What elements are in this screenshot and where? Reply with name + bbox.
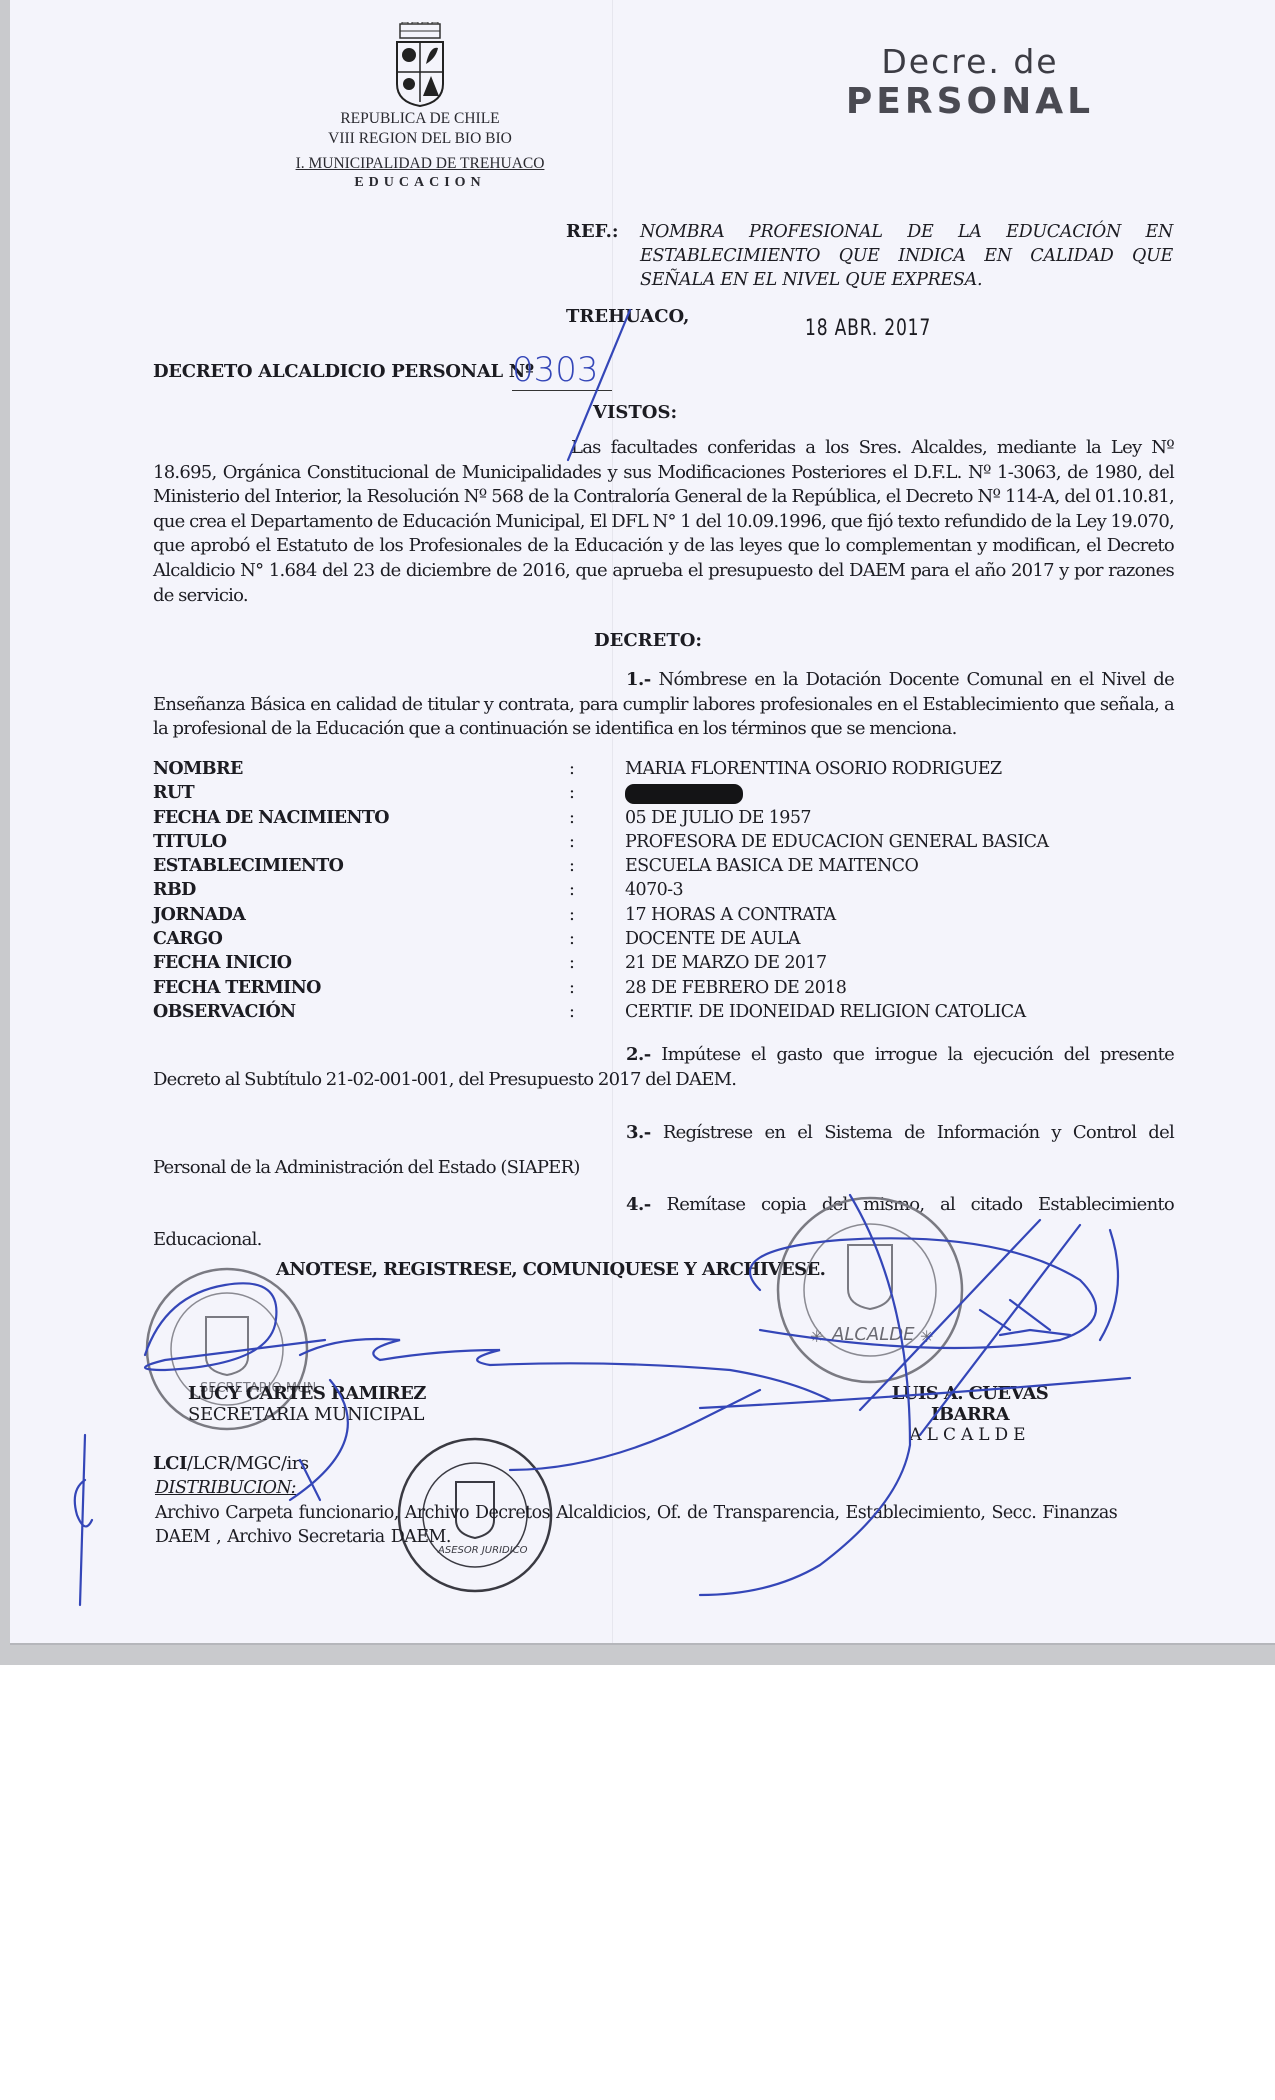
initials-rest: /LCR/MGC/irs — [187, 1453, 309, 1474]
ref-text: NOMBRA PROFESIONAL DE LA EDUCACIÓN EN ES… — [640, 220, 1173, 292]
field-separator: : — [569, 951, 625, 975]
field-label: FECHA TERMINO — [153, 976, 569, 1000]
vistos-title: VISTOS: — [593, 402, 677, 423]
field-label: FECHA DE NACIMIENTO — [153, 806, 569, 830]
vistos-text: Las facultades conferidas a los Sres. Al… — [153, 437, 1174, 606]
field-row: RUT: — [153, 781, 1105, 805]
field-separator: : — [569, 903, 625, 927]
initials-bold: LCI — [153, 1453, 187, 1474]
item-text: Regístrese en el Sistema de Información … — [153, 1122, 1174, 1178]
field-separator: : — [569, 854, 625, 878]
closing-formula: ANOTESE, REGISTRESE, COMUNIQUESE Y ARCHI… — [276, 1259, 825, 1280]
field-separator: : — [569, 927, 625, 951]
field-row: FECHA INICIO:21 DE MARZO DE 2017 — [153, 951, 1105, 975]
item-number: 2.- — [626, 1044, 651, 1065]
item-number: 1.- — [626, 669, 651, 690]
coat-of-arms-icon — [392, 22, 448, 108]
mayor-seal-icon: ALCALDE ✳ ✳ — [770, 1190, 970, 1390]
distribution-list: Archivo Carpeta funcionario, Archivo Dec… — [155, 1502, 1175, 1549]
field-value: PROFESORA DE EDUCACION GENERAL BASICA — [625, 830, 1105, 854]
field-label: NOMBRE — [153, 757, 569, 781]
svg-text:✳: ✳ — [810, 1329, 823, 1346]
field-label: CARGO — [153, 927, 569, 951]
secretary-signature-block: LUCY CARTES RAMIREZ SECRETARIA MUNICIPAL — [188, 1383, 426, 1425]
field-separator: : — [569, 1000, 625, 1024]
field-row: JORNADA:17 HORAS A CONTRATA — [153, 903, 1105, 927]
decreto-item-1: 1.- Nómbrese en la Dotación Docente Comu… — [153, 668, 1174, 742]
field-label: RBD — [153, 878, 569, 902]
field-row: RBD:4070-3 — [153, 878, 1105, 902]
field-separator: : — [569, 878, 625, 902]
mayor-role: ALCALDE — [870, 1425, 1070, 1445]
field-value: 28 DE FEBRERO DE 2018 — [625, 976, 1105, 1000]
field-row: CARGO: DOCENTE DE AULA — [153, 927, 1105, 951]
svg-text:ALCALDE: ALCALDE — [831, 1324, 915, 1345]
personal-stamp: Decre. de PERSONAL — [840, 42, 1100, 122]
place: TREHUACO, — [566, 306, 689, 327]
decreto-item-2: 2.- Impútese el gasto que irrogue la eje… — [153, 1043, 1174, 1092]
item-text: Remítase copia del mismo, al citado Esta… — [153, 1194, 1174, 1250]
initials: LCI/LCR/MGC/irs — [153, 1453, 309, 1474]
header-department: EDUCACION — [250, 175, 590, 191]
header-region: VIII REGION DEL BIO BIO — [250, 130, 590, 148]
redacted-value — [625, 784, 743, 804]
stamp-line-1: Decre. de — [840, 42, 1100, 81]
field-separator: : — [569, 976, 625, 1000]
field-value: CERTIF. DE IDONEIDAD RELIGION CATOLICA — [625, 1000, 1105, 1024]
field-label: OBSERVACIÓN — [153, 1000, 569, 1024]
item-number: 4.- — [626, 1194, 651, 1215]
field-value: 21 DE MARZO DE 2017 — [625, 951, 1105, 975]
item-number: 3.- — [626, 1122, 651, 1143]
field-label: TITULO — [153, 830, 569, 854]
field-row: ESTABLECIMIENTO:ESCUELA BASICA DE MAITEN… — [153, 854, 1105, 878]
decree-number-label: DECRETO ALCALDICIO PERSONAL Nº — [153, 361, 534, 382]
decree-number: 0303 — [512, 350, 612, 391]
date-stamp: 18 ABR. 2017 — [805, 316, 931, 341]
field-value: MARIA FLORENTINA OSORIO RODRIGUEZ — [625, 757, 1105, 781]
distribution-title: DISTRIBUCION: — [155, 1478, 296, 1498]
field-label: FECHA INICIO — [153, 951, 569, 975]
field-row: NOMBRE:MARIA FLORENTINA OSORIO RODRIGUEZ — [153, 757, 1105, 781]
stamp-line-2: PERSONAL — [840, 81, 1100, 122]
field-separator: : — [569, 830, 625, 854]
field-label: JORNADA — [153, 903, 569, 927]
field-value: ESCUELA BASICA DE MAITENCO — [625, 854, 1105, 878]
ref-label: REF.: — [566, 221, 619, 242]
field-row: OBSERVACIÓN:CERTIF. DE IDONEIDAD RELIGIO… — [153, 1000, 1105, 1024]
vistos-paragraph: Las facultades conferidas a los Sres. Al… — [153, 436, 1174, 608]
field-value: DOCENTE DE AULA — [625, 927, 1105, 951]
field-row: FECHA TERMINO:28 DE FEBRERO DE 2018 — [153, 976, 1105, 1000]
field-value: 05 DE JULIO DE 1957 — [625, 806, 1105, 830]
item-text: Impútese el gasto que irrogue la ejecuci… — [153, 1044, 1174, 1090]
field-separator: : — [569, 757, 625, 781]
field-value: 17 HORAS A CONTRATA — [625, 903, 1105, 927]
header-country: REPUBLICA DE CHILE — [250, 110, 590, 128]
decreto-title: DECRETO: — [594, 630, 702, 651]
decreto-item-3: 3.- Regístrese en el Sistema de Informac… — [153, 1115, 1174, 1185]
field-row: FECHA DE NACIMIENTO:05 DE JULIO DE 1957 — [153, 806, 1105, 830]
field-label: ESTABLECIMIENTO — [153, 854, 569, 878]
secretary-role: SECRETARIA MUNICIPAL — [188, 1404, 426, 1425]
mayor-signature-block: LUIS A. CUEVAS IBARRA ALCALDE — [870, 1383, 1070, 1445]
mayor-name: LUIS A. CUEVAS IBARRA — [870, 1383, 1070, 1425]
secretary-name: LUCY CARTES RAMIREZ — [188, 1383, 426, 1404]
field-separator: : — [569, 781, 625, 805]
field-value — [625, 781, 1105, 805]
decreto-item-4: 4.- Remítase copia del mismo, al citado … — [153, 1187, 1174, 1257]
appointee-details-table: NOMBRE:MARIA FLORENTINA OSORIO RODRIGUEZ… — [153, 757, 1105, 1024]
item-text: Nómbrese en la Dotación Docente Comunal … — [153, 669, 1174, 739]
field-separator: : — [569, 806, 625, 830]
svg-text:✳: ✳ — [920, 1329, 933, 1346]
field-label: RUT — [153, 781, 569, 805]
field-value: 4070-3 — [625, 878, 1105, 902]
field-row: TITULO:PROFESORA DE EDUCACION GENERAL BA… — [153, 830, 1105, 854]
header-municipality: I. MUNICIPALIDAD DE TREHUACO — [250, 155, 590, 173]
